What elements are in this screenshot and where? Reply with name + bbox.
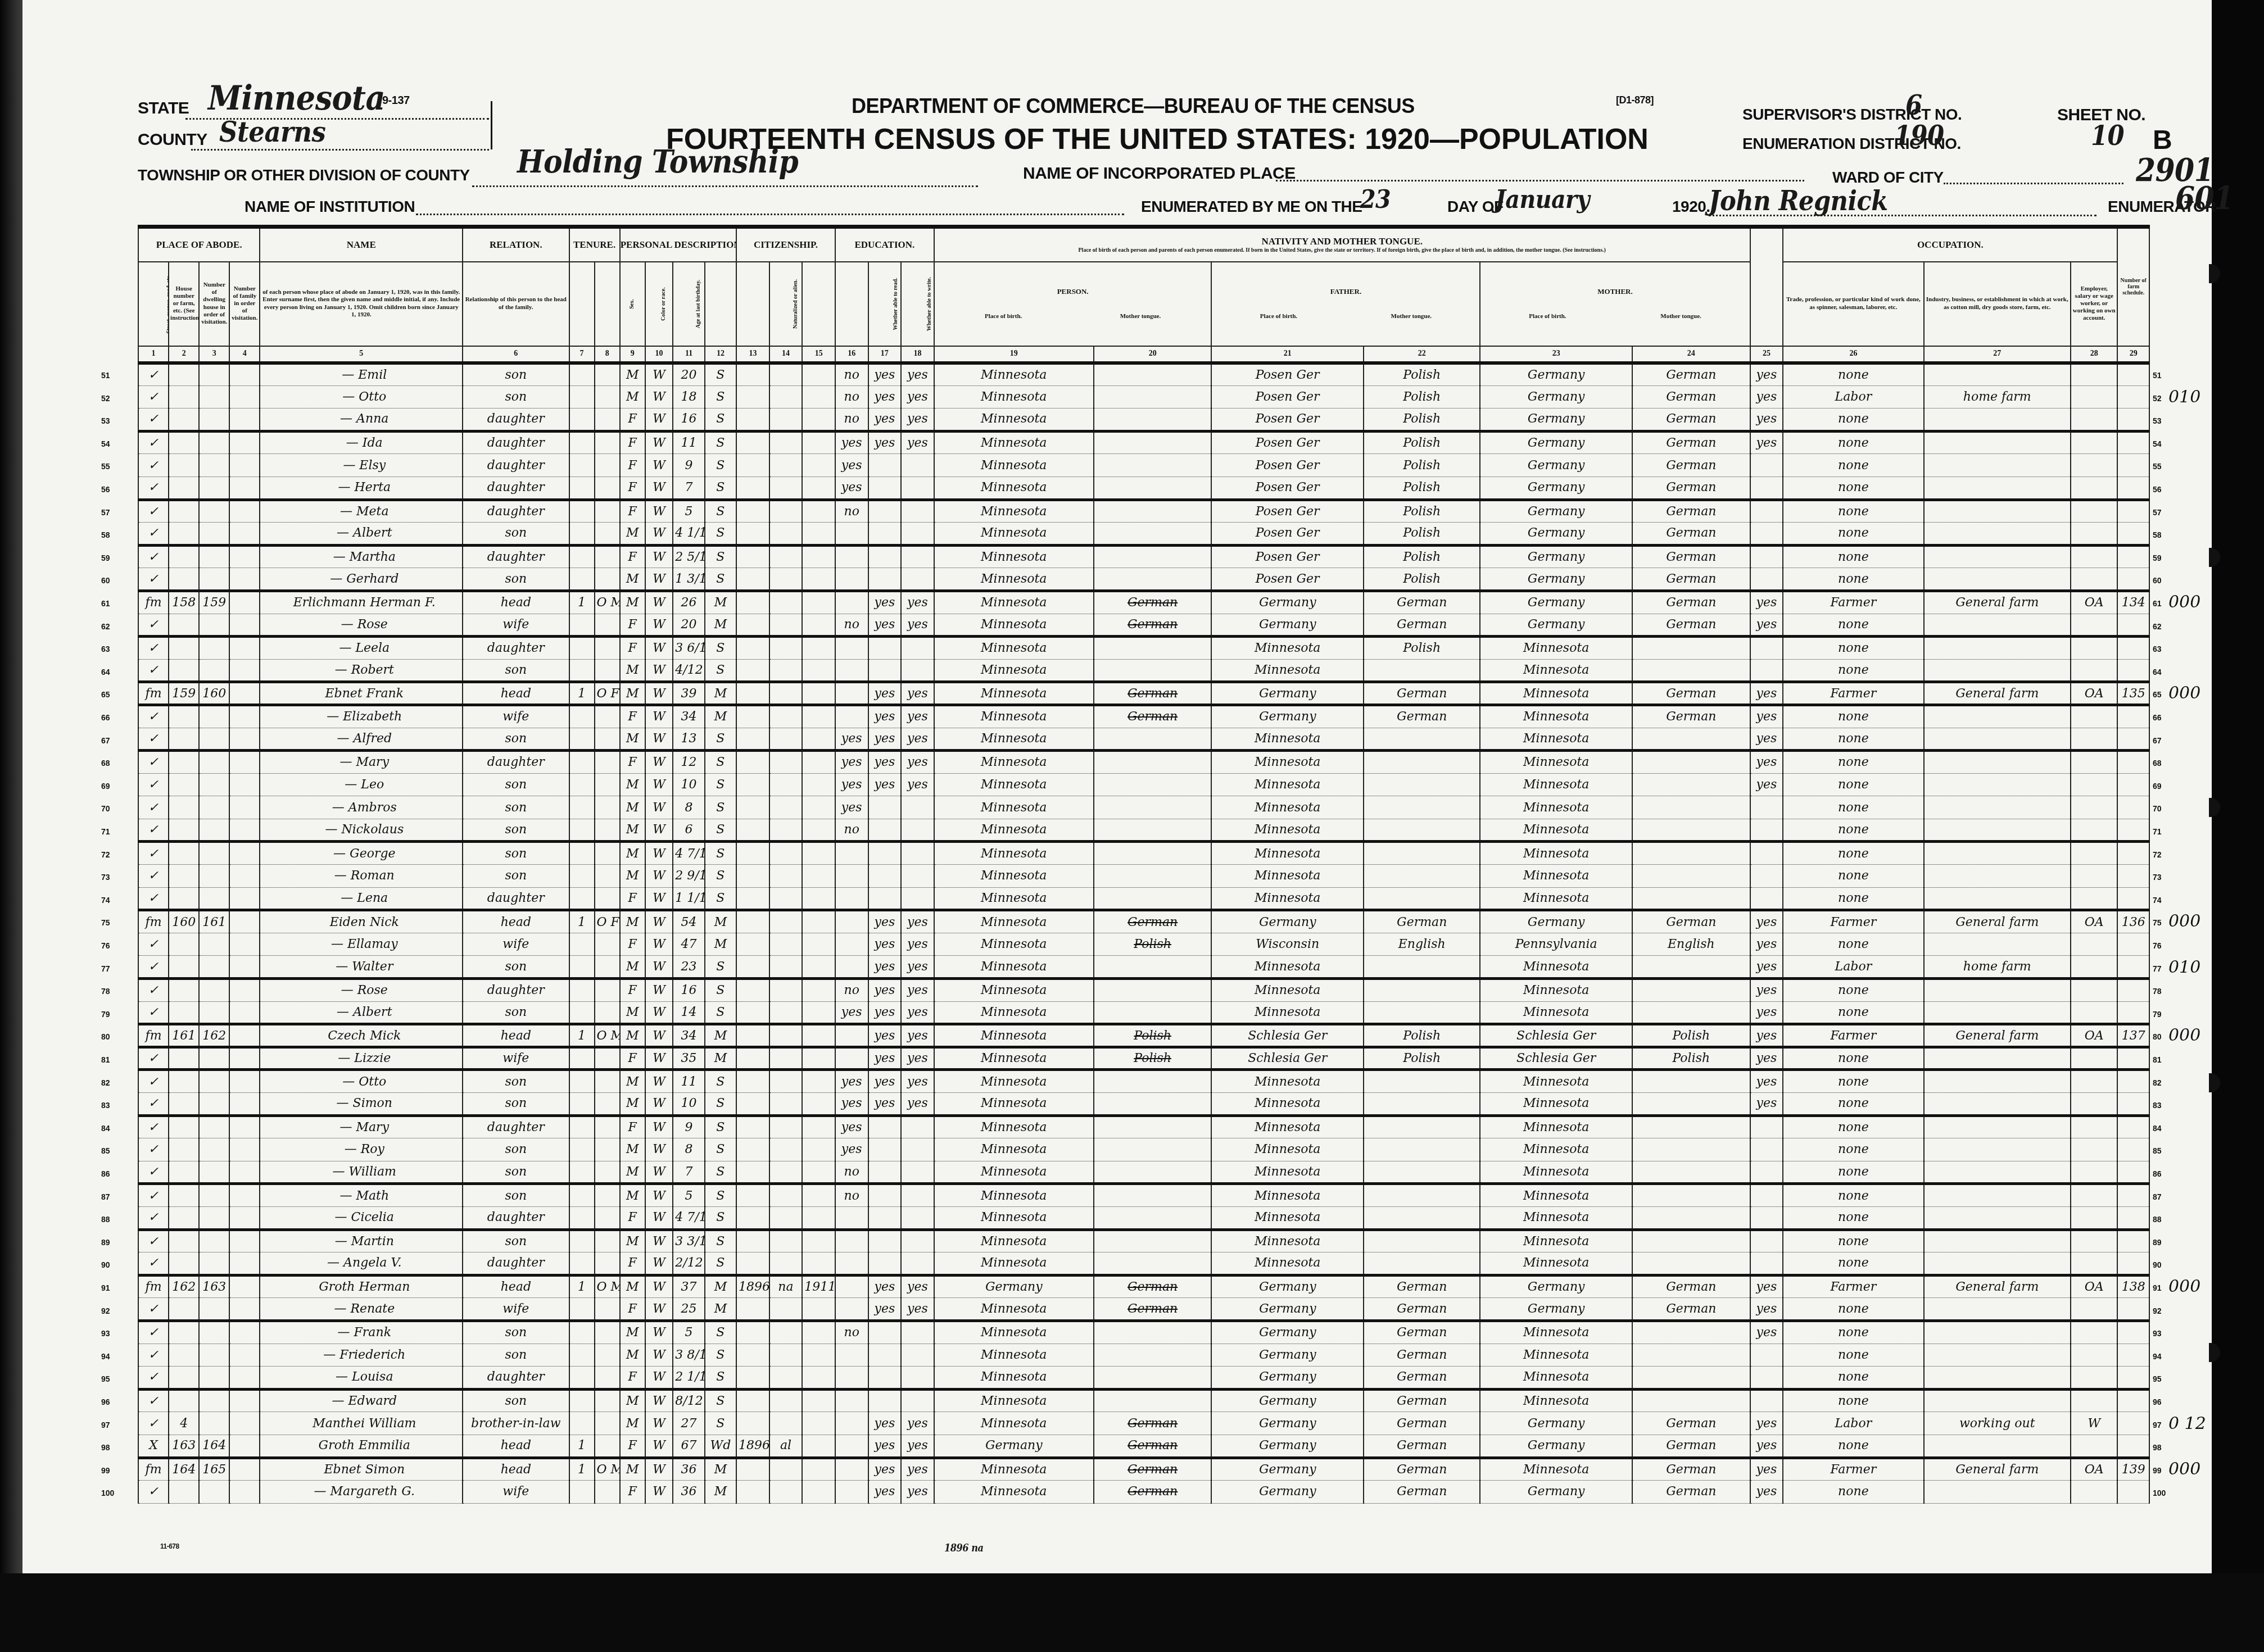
race-cell: W: [645, 363, 673, 386]
person-tongue-cell: German: [1094, 1298, 1212, 1321]
house-number-cell: [169, 979, 199, 1002]
trade-cell: none: [1783, 751, 1923, 774]
col-age: Age at last birthday.: [673, 262, 704, 346]
mother-tongue-cell: [1632, 1070, 1750, 1093]
line-number: 59: [2153, 553, 2170, 562]
street-cell: ✓: [138, 385, 169, 409]
speak-english-cell: yes: [1750, 1435, 1783, 1458]
person-tongue-cell: [1094, 1229, 1212, 1252]
mother-birthplace-cell: Schlesia Ger: [1480, 1024, 1632, 1047]
person-birthplace-cell: Minnesota: [934, 1115, 1094, 1138]
father-tongue-cell: Polish: [1364, 568, 1480, 591]
table-row: fm164165Ebnet Simonhead1O MMW36MyesyesMi…: [138, 1458, 2149, 1481]
marital-status-cell: S: [705, 1229, 736, 1252]
employer-cell: [2071, 1320, 2117, 1344]
free-mortgaged-cell: O F: [595, 910, 620, 933]
line-number-left: 95: [101, 1374, 110, 1383]
line-number: 84: [2153, 1124, 2170, 1133]
line-number: 100: [2153, 1488, 2170, 1497]
line-number: 57: [2153, 508, 2170, 517]
farm-schedule-cell: [2117, 1344, 2149, 1367]
table-row: ✓— GerhardsonMW1 3/12SMinnesotaPosen Ger…: [138, 568, 2149, 591]
house-number-cell: 158: [169, 591, 199, 614]
immigration-year-cell: [736, 705, 769, 728]
school-cell: yes: [835, 431, 868, 454]
trade-cell: none: [1783, 979, 1923, 1002]
column-number: 27: [1924, 346, 2071, 363]
race-cell: W: [645, 659, 673, 682]
age-cell: 10: [673, 1093, 704, 1116]
person-tongue-cell: German: [1094, 1458, 1212, 1481]
stamp-number: 2901: [2136, 152, 2213, 189]
immigration-year-cell: [736, 796, 769, 819]
dwelling-number-cell: [199, 933, 229, 956]
line-number: 53: [2153, 416, 2170, 425]
dwelling-number-cell: [199, 568, 229, 591]
page-title: FOURTEENTH CENSUS OF THE UNITED STATES: …: [666, 122, 1649, 156]
mother-tongue-cell: German: [1632, 614, 1750, 637]
relationship-cell: son: [463, 523, 569, 546]
person-birthplace-cell: Minnesota: [934, 751, 1094, 774]
person-name: — Leo: [260, 773, 463, 796]
enumerated-by-label: ENUMERATED BY ME ON THE: [1141, 198, 1362, 216]
naturalized-cell: [769, 1161, 803, 1184]
table-row: ✓— OttosonMW18SnoyesyesMinnesotaPosen Ge…: [138, 385, 2149, 409]
father-tongue-cell: [1364, 1252, 1480, 1276]
relationship-cell: head: [463, 1458, 569, 1481]
school-cell: [835, 1412, 868, 1435]
mother-tongue-cell: German: [1632, 385, 1750, 409]
dwelling-number-cell: [199, 1344, 229, 1367]
footer-note: 1896 na: [944, 1542, 983, 1554]
mother-tongue-cell: [1632, 728, 1750, 751]
read-cell: yes: [868, 431, 902, 454]
line-number: 77: [2153, 964, 2170, 973]
free-mortgaged-cell: [595, 1070, 620, 1093]
mother-birthplace-cell: Minnesota: [1480, 773, 1632, 796]
column-number: 26: [1783, 346, 1923, 363]
free-mortgaged-cell: [595, 476, 620, 500]
line-number-left: 75: [101, 918, 110, 927]
marital-status-cell: S: [705, 1115, 736, 1138]
family-number-cell: [229, 385, 260, 409]
immigration-year-cell: [736, 1206, 769, 1229]
line-number: 94: [2153, 1352, 2170, 1361]
census-rows: ✓— EmilsonMW20SnoyesyesMinnesotaPosen Ge…: [138, 363, 2149, 1504]
family-number-cell: [229, 1184, 260, 1207]
write-cell: [901, 659, 934, 682]
marital-status-cell: S: [705, 545, 736, 568]
marital-status-cell: S: [705, 385, 736, 409]
street-cell: ✓: [138, 705, 169, 728]
street-cell: ✓: [138, 409, 169, 432]
naturalized-cell: [769, 773, 803, 796]
table-row: ✓— IdadaughterFW11SyesyesyesMinnesotaPos…: [138, 431, 2149, 454]
immigration-year-cell: [736, 637, 769, 660]
dwelling-number-cell: [199, 659, 229, 682]
street-cell: ✓: [138, 523, 169, 546]
farm-schedule-cell: [2117, 819, 2149, 842]
industry-cell: General farm: [1924, 682, 2071, 705]
farm-schedule-cell: [2117, 1115, 2149, 1138]
naturalization-year-cell: [802, 431, 835, 454]
sex-cell: F: [620, 933, 645, 956]
school-cell: [835, 591, 868, 614]
father-birthplace-cell: Germany: [1211, 1481, 1364, 1504]
school-cell: yes: [835, 796, 868, 819]
mother-birthplace-cell: Minnesota: [1480, 887, 1632, 910]
naturalized-cell: [769, 476, 803, 500]
father-birthplace-cell: Germany: [1211, 1389, 1364, 1412]
home-owned-cell: [569, 887, 595, 910]
column-number: 8: [595, 346, 620, 363]
street-cell: fm: [138, 682, 169, 705]
employer-cell: [2071, 1047, 2117, 1070]
school-cell: [835, 682, 868, 705]
write-cell: [901, 796, 934, 819]
line-number-left: 71: [101, 827, 110, 836]
race-cell: W: [645, 1252, 673, 1276]
line-number-left: 65: [101, 690, 110, 699]
column-number: 21: [1211, 346, 1364, 363]
farm-schedule-cell: [2117, 431, 2149, 454]
street-cell: ✓: [138, 1252, 169, 1276]
person-name: — Otto: [260, 385, 463, 409]
school-cell: no: [835, 500, 868, 523]
trade-cell: none: [1783, 1298, 1923, 1321]
person-birthplace-cell: Minnesota: [934, 523, 1094, 546]
naturalized-cell: [769, 1115, 803, 1138]
line-number: 80: [2153, 1032, 2170, 1041]
age-cell: 16: [673, 979, 704, 1002]
read-cell: [868, 1252, 902, 1276]
col-person-tongue: Mother tongue.: [1120, 313, 1161, 320]
mother-birthplace-cell: Minnesota: [1480, 705, 1632, 728]
nativity-heading: NATIVITY AND MOTHER TONGUE.: [935, 236, 1750, 247]
col-speak-english: Whether able to speak English.: [1750, 227, 1783, 346]
father-tongue-cell: [1364, 842, 1480, 865]
mother-birthplace-cell: Germany: [1480, 591, 1632, 614]
naturalized-cell: [769, 1229, 803, 1252]
col-house-number: House number or farm, etc. (See instruct…: [169, 262, 199, 346]
school-cell: yes: [835, 1001, 868, 1024]
age-cell: 8: [673, 796, 704, 819]
sheet-side: B: [2153, 125, 2172, 156]
home-owned-cell: [569, 1412, 595, 1435]
line-number: 90: [2153, 1260, 2170, 1269]
person-birthplace-cell: Minnesota: [934, 476, 1094, 500]
mother-tongue-cell: [1632, 659, 1750, 682]
naturalization-year-cell: [802, 1161, 835, 1184]
trade-cell: none: [1783, 1138, 1923, 1161]
employer-cell: [2071, 568, 2117, 591]
person-tongue-cell: [1094, 431, 1212, 454]
relationship-cell: wife: [463, 614, 569, 637]
person-tongue-cell: [1094, 751, 1212, 774]
street-cell: ✓: [138, 1184, 169, 1207]
table-row: ✓— LeeladaughterFW3 6/12SMinnesotaMinnes…: [138, 637, 2149, 660]
dwelling-number-cell: [199, 500, 229, 523]
write-cell: yes: [901, 1047, 934, 1070]
sex-cell: F: [620, 1047, 645, 1070]
farm-schedule-cell: 139: [2117, 1458, 2149, 1481]
father-birthplace-cell: Minnesota: [1211, 1001, 1364, 1024]
line-number-left: 88: [101, 1215, 110, 1224]
home-owned-cell: [569, 614, 595, 637]
industry-cell: [1924, 728, 2071, 751]
dwelling-number-cell: [199, 1412, 229, 1435]
home-owned-cell: [569, 819, 595, 842]
line-number-left: 67: [101, 736, 110, 745]
street-cell: ✓: [138, 728, 169, 751]
mother-birthplace-cell: Minnesota: [1480, 1252, 1632, 1276]
free-mortgaged-cell: [595, 1047, 620, 1070]
marital-status-cell: M: [705, 614, 736, 637]
line-number: 93: [2153, 1329, 2170, 1338]
industry-cell: home farm: [1924, 385, 2071, 409]
immigration-year-cell: [736, 1320, 769, 1344]
father-birthplace-cell: Posen Ger: [1211, 568, 1364, 591]
race-cell: W: [645, 887, 673, 910]
read-cell: yes: [868, 1024, 902, 1047]
employer-cell: [2071, 751, 2117, 774]
school-cell: [835, 910, 868, 933]
street-cell: ✓: [138, 431, 169, 454]
relationship-cell: daughter: [463, 409, 569, 432]
line-number-left: 62: [101, 622, 110, 631]
person-birthplace-cell: Minnesota: [934, 1367, 1094, 1390]
employer-cell: [2071, 523, 2117, 546]
dwelling-number-cell: 161: [199, 910, 229, 933]
father-birthplace-cell: Minnesota: [1211, 1093, 1364, 1116]
line-number-left: 77: [101, 964, 110, 973]
census-table: PLACE OF ABODE. NAME RELATION. TENURE. P…: [138, 225, 2150, 1504]
home-owned-cell: [569, 705, 595, 728]
industry-cell: [1924, 1481, 2071, 1504]
home-owned-cell: [569, 476, 595, 500]
school-cell: no: [835, 1184, 868, 1207]
free-mortgaged-cell: [595, 956, 620, 979]
home-owned-cell: 1: [569, 591, 595, 614]
father-tongue-cell: German: [1364, 591, 1480, 614]
race-cell: W: [645, 865, 673, 888]
immigration-year-cell: [736, 979, 769, 1002]
school-cell: yes: [835, 454, 868, 477]
person-name: — Ida: [260, 431, 463, 454]
person-birthplace-cell: Minnesota: [934, 910, 1094, 933]
naturalized-cell: [769, 1047, 803, 1070]
dwelling-number-cell: [199, 865, 229, 888]
age-cell: 1 1/12: [673, 887, 704, 910]
person-birthplace-cell: Minnesota: [934, 1412, 1094, 1435]
person-tongue-cell: [1094, 1344, 1212, 1367]
read-cell: [868, 819, 902, 842]
speak-english-cell: [1750, 523, 1783, 546]
house-number-cell: [169, 476, 199, 500]
person-name: — Rose: [260, 979, 463, 1002]
relationship-cell: brother-in-law: [463, 1412, 569, 1435]
marital-status-cell: S: [705, 454, 736, 477]
race-cell: W: [645, 705, 673, 728]
county-field-line: [191, 149, 489, 151]
farm-schedule-cell: [2117, 796, 2149, 819]
home-owned-cell: [569, 956, 595, 979]
mother-birthplace-cell: Minnesota: [1480, 751, 1632, 774]
farm-schedule-cell: [2117, 751, 2149, 774]
person-name: — Math: [260, 1184, 463, 1207]
house-number-cell: [169, 431, 199, 454]
home-owned-cell: [569, 728, 595, 751]
person-birthplace-cell: Minnesota: [934, 933, 1094, 956]
person-name: — Albert: [260, 523, 463, 546]
street-cell: ✓: [138, 1229, 169, 1252]
sex-cell: M: [620, 1070, 645, 1093]
employer-cell: [2071, 1252, 2117, 1276]
father-birthplace-cell: Germany: [1211, 1435, 1364, 1458]
naturalized-cell: [769, 1344, 803, 1367]
race-cell: W: [645, 1367, 673, 1390]
home-owned-cell: 1: [569, 682, 595, 705]
line-number-left: 55: [101, 462, 110, 471]
trade-cell: none: [1783, 1093, 1923, 1116]
home-owned-cell: 1: [569, 1458, 595, 1481]
industry-cell: [1924, 933, 2071, 956]
person-birthplace-cell: Minnesota: [934, 545, 1094, 568]
naturalized-cell: [769, 1001, 803, 1024]
group-occupation: OCCUPATION.: [1783, 227, 2117, 262]
trade-cell: none: [1783, 409, 1923, 432]
read-cell: [868, 1138, 902, 1161]
line-number-left: 68: [101, 759, 110, 768]
sex-cell: M: [620, 1138, 645, 1161]
house-number-cell: [169, 1481, 199, 1504]
age-cell: 4/12: [673, 659, 704, 682]
free-mortgaged-cell: O M: [595, 591, 620, 614]
line-number: 58: [2153, 530, 2170, 539]
table-row: ✓— Margareth G.wifeFW36MyesyesMinnesotaG…: [138, 1481, 2149, 1504]
school-cell: [835, 637, 868, 660]
immigration-year-cell: [736, 545, 769, 568]
father-tongue-cell: [1364, 865, 1480, 888]
line-number: 56: [2153, 485, 2170, 494]
family-number-cell: [229, 1275, 260, 1298]
farm-schedule-cell: [2117, 1229, 2149, 1252]
read-cell: [868, 1206, 902, 1229]
dwelling-number-cell: [199, 1070, 229, 1093]
street-cell: ✓: [138, 751, 169, 774]
person-name: — Albert: [260, 1001, 463, 1024]
house-number-cell: [169, 637, 199, 660]
immigration-year-cell: [736, 568, 769, 591]
line-number-left: 96: [101, 1397, 110, 1406]
trade-cell: Farmer: [1783, 1458, 1923, 1481]
industry-cell: [1924, 659, 2071, 682]
mother-birthplace-cell: Minnesota: [1480, 1070, 1632, 1093]
mother-tongue-cell: [1632, 1115, 1750, 1138]
free-mortgaged-cell: [595, 1344, 620, 1367]
father-birthplace-cell: Germany: [1211, 1275, 1364, 1298]
trade-cell: none: [1783, 933, 1923, 956]
naturalized-cell: [769, 568, 803, 591]
marital-status-cell: S: [705, 409, 736, 432]
col-father-birthplace: Place of birth.: [1260, 313, 1297, 320]
trade-cell: none: [1783, 842, 1923, 865]
age-cell: 9: [673, 454, 704, 477]
family-number-cell: [229, 545, 260, 568]
marital-status-cell: S: [705, 500, 736, 523]
trade-cell: none: [1783, 1320, 1923, 1344]
sex-cell: M: [620, 842, 645, 865]
race-cell: W: [645, 842, 673, 865]
naturalized-cell: [769, 956, 803, 979]
relationship-cell: wife: [463, 705, 569, 728]
sex-cell: M: [620, 1024, 645, 1047]
school-cell: [835, 1252, 868, 1276]
margin-code: 000: [2168, 1277, 2200, 1296]
relationship-cell: son: [463, 1229, 569, 1252]
race-cell: W: [645, 1458, 673, 1481]
marital-status-cell: S: [705, 1389, 736, 1412]
farm-schedule-cell: [2117, 1001, 2149, 1024]
naturalized-cell: [769, 385, 803, 409]
home-owned-cell: [569, 568, 595, 591]
marital-status-cell: S: [705, 1138, 736, 1161]
table-row: ✓— AlbertsonMW4 1/12SMinnesotaPosen GerP…: [138, 523, 2149, 546]
race-cell: W: [645, 1412, 673, 1435]
person-birthplace-cell: Minnesota: [934, 1229, 1094, 1252]
margin-code: 000: [2168, 592, 2200, 612]
person-birthplace-cell: Minnesota: [934, 1458, 1094, 1481]
col-naturalization-year: If naturalized, year of naturalization.: [802, 262, 835, 346]
column-number: 14: [769, 346, 803, 363]
marital-status-cell: S: [705, 1093, 736, 1116]
trade-cell: Farmer: [1783, 1024, 1923, 1047]
family-number-cell: [229, 409, 260, 432]
father-birthplace-cell: Minnesota: [1211, 637, 1364, 660]
line-number: 92: [2153, 1306, 2170, 1315]
write-cell: yes: [901, 773, 934, 796]
read-cell: [868, 1320, 902, 1344]
speak-english-cell: [1750, 568, 1783, 591]
dwelling-number-cell: [199, 523, 229, 546]
father-birthplace-cell: Minnesota: [1211, 1138, 1364, 1161]
industry-cell: [1924, 500, 2071, 523]
mother-birthplace-cell: Germany: [1480, 454, 1632, 477]
farm-schedule-cell: [2117, 1252, 2149, 1276]
family-number-cell: [229, 865, 260, 888]
father-birthplace-cell: Wisconsin: [1211, 933, 1364, 956]
immigration-year-cell: [736, 933, 769, 956]
street-cell: ✓: [138, 819, 169, 842]
race-cell: W: [645, 979, 673, 1002]
age-cell: 8: [673, 1138, 704, 1161]
mother-tongue-cell: [1632, 1161, 1750, 1184]
person-birthplace-cell: Minnesota: [934, 591, 1094, 614]
naturalization-year-cell: [802, 659, 835, 682]
mother-birthplace-cell: Germany: [1480, 431, 1632, 454]
naturalized-cell: [769, 1458, 803, 1481]
industry-cell: [1924, 476, 2071, 500]
line-number-left: 52: [101, 394, 110, 403]
family-number-cell: [229, 979, 260, 1002]
line-number: 81: [2153, 1055, 2170, 1064]
naturalized-cell: [769, 1367, 803, 1390]
farm-schedule-cell: [2117, 637, 2149, 660]
form-number: 9-137: [382, 94, 410, 107]
trade-cell: none: [1783, 1001, 1923, 1024]
read-cell: [868, 1115, 902, 1138]
street-cell: ✓: [138, 842, 169, 865]
